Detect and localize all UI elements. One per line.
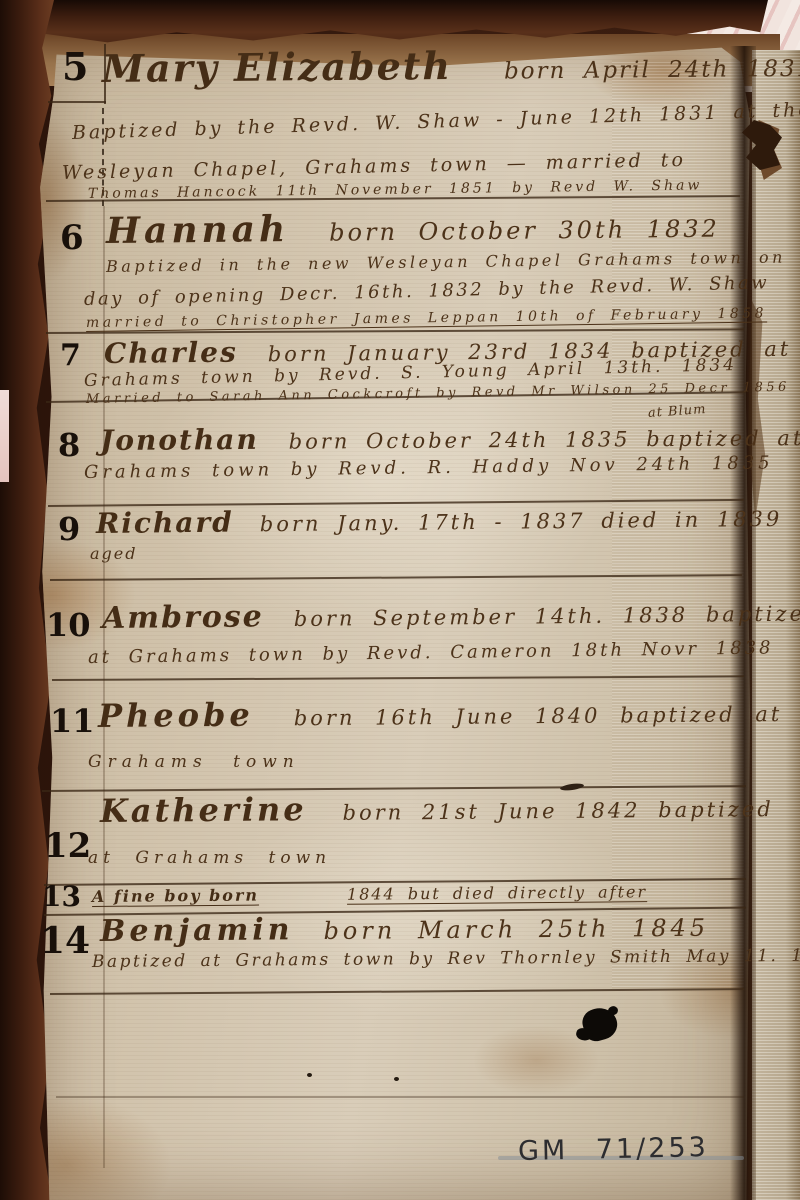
child-name: Mary Elizabeth xyxy=(102,43,452,91)
ruled-line xyxy=(56,1096,744,1098)
entry-number: 13 xyxy=(42,880,81,913)
entry-number: 8 xyxy=(58,426,80,464)
entry-name-line: Jonothan born October 24th 1835 baptized… xyxy=(100,419,800,457)
child-name: Benjamin xyxy=(100,912,294,949)
child-name: Pheobe xyxy=(98,696,254,735)
entry-number: 14 xyxy=(40,920,90,962)
birth-text: born Jany. 17th - 1837 died in 1839 xyxy=(260,507,783,536)
birth-text: born September 14th. 1838 baptized xyxy=(294,601,800,631)
number-box-line xyxy=(48,101,106,103)
note-text: A fine boy born xyxy=(92,886,259,906)
child-name: Ambrose xyxy=(102,599,264,636)
ink-speck xyxy=(307,1073,312,1077)
entry-name-line: Mary Elizabeth born April 24th 1831 xyxy=(102,40,800,91)
entry-number: 6 xyxy=(60,218,84,258)
entry-name-line: Ambrose born September 14th. 1838 baptiz… xyxy=(102,593,800,636)
entry-number: 11 xyxy=(50,702,95,740)
entry-name-line: Pheobe born 16th June 1840 baptized at xyxy=(98,691,783,735)
entry-number: 12 xyxy=(44,826,91,866)
entry-text-line: Grahams town xyxy=(88,752,300,772)
archive-reference: GM 71/253 xyxy=(518,1132,709,1167)
birth-text: born October 30th 1832 xyxy=(329,215,720,247)
entry-name-line: Hannah born October 30th 1832 xyxy=(106,204,720,252)
birth-text: born 16th June 1840 baptized at xyxy=(294,702,783,730)
register-book-photo: 5 6 7 8 9 10 11 12 13 14 Mary Elizabeth … xyxy=(0,0,800,1200)
entry-number: 9 xyxy=(58,510,80,548)
ink-speck xyxy=(394,1077,399,1081)
child-name: Hannah xyxy=(106,208,290,252)
entry-number: 7 xyxy=(60,338,81,373)
birth-text: born 21st June 1842 baptized xyxy=(343,797,774,825)
background-cloth-sliver xyxy=(0,390,9,482)
birth-text: born March 25th 1845 xyxy=(323,914,709,945)
child-name: Jonothan xyxy=(100,423,259,457)
entry-number: 10 xyxy=(46,606,91,644)
entry-text-line: at Grahams town xyxy=(88,848,331,868)
birth-text: born April 24th 1831 xyxy=(504,56,800,85)
child-name: Katherine xyxy=(100,790,307,830)
entry-text-line: aged xyxy=(90,544,138,563)
entry-name-line: Katherine born 21st June 1842 baptized xyxy=(100,786,774,830)
birth-text: born October 24th 1835 baptized at xyxy=(289,426,800,454)
child-name: Richard xyxy=(96,506,234,540)
child-name: Charles xyxy=(104,336,238,370)
entry-number: 5 xyxy=(62,44,88,89)
entry-name-line: Benjamin born March 25th 1845 xyxy=(100,909,709,949)
note-text: 1844 but died directly after xyxy=(347,882,647,904)
